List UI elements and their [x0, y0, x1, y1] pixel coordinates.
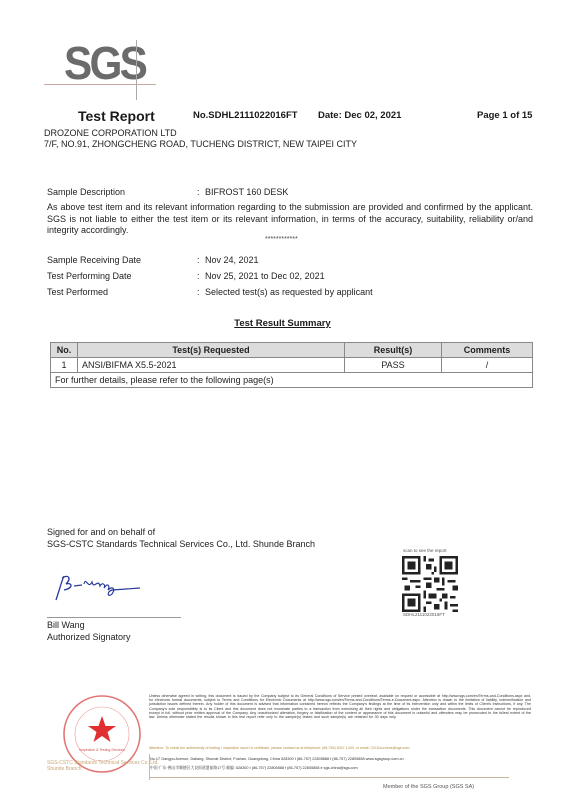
logo-rule: [44, 84, 156, 85]
report-number: No.SDHL2111022016FT: [193, 110, 298, 121]
stamp-caption-branch: Shunde Branch: [47, 766, 159, 772]
signed-for-text: Signed for and on behalf of: [47, 526, 315, 538]
column-header-result: Result(s): [345, 343, 442, 358]
cell-test: ANSI/BIFMA X5.5-2021: [78, 358, 345, 373]
receiving-date-row: Sample Receiving Date : Nov 24, 2021: [47, 255, 537, 267]
svg-text:Inspection & Testing Services: Inspection & Testing Services: [79, 748, 125, 752]
signed-for-block: Signed for and on behalf of SGS-CSTC Sta…: [47, 526, 315, 550]
table-row: 1 ANSI/BIFMA X5.5-2021 PASS /: [51, 358, 533, 373]
signing-company: SGS-CSTC Standards Technical Services Co…: [47, 538, 315, 550]
footer-address-cn: 中国·广东·佛山市顺德区大良街道港前路17号 邮编: 528300 t (86-…: [150, 766, 358, 771]
sample-description-value: BIFROST 160 DESK: [205, 187, 288, 197]
logo-text: SGS: [64, 36, 145, 90]
authenticity-note: Attention: To check the authenticity of …: [149, 746, 531, 750]
report-date: Date: Dec 02, 2021: [318, 110, 401, 121]
logo-rule-vertical: [136, 40, 137, 100]
qr-code-icon[interactable]: [402, 556, 458, 612]
test-performed-row: Test Performed : Selected test(s) as req…: [47, 287, 537, 299]
colon: :: [197, 287, 200, 297]
sample-description-label: Sample Description: [47, 187, 125, 197]
qr-report-id: SDHL2111022016FT: [403, 612, 445, 617]
colon: :: [197, 271, 200, 281]
table-footer-note: For further details, please refer to the…: [51, 373, 533, 388]
column-header-comments: Comments: [442, 343, 533, 358]
qr-caption: scan to see the report: [403, 548, 447, 553]
footer-address-en: No.17 Gangpu Avenue, Daliang, Shunde Dis…: [150, 757, 404, 761]
receiving-date-label: Sample Receiving Date: [47, 255, 141, 265]
sample-description-row: Sample Description : BIFROST 160 DESK: [47, 187, 537, 199]
page-indicator: Page 1 of 15: [477, 110, 532, 121]
performing-date-value: Nov 25, 2021 to Dec 02, 2021: [205, 271, 325, 281]
column-header-test: Test(s) Requested: [78, 343, 345, 358]
summary-title: Test Result Summary: [0, 318, 565, 329]
table-footer-row: For further details, please refer to the…: [51, 373, 533, 388]
colon: :: [197, 187, 200, 197]
column-header-no: No.: [51, 343, 78, 358]
terms-fine-print: Unless otherwise agreed in writing, this…: [149, 694, 531, 719]
receiving-date-value: Nov 24, 2021: [205, 255, 259, 265]
footer-divider: [149, 777, 509, 778]
client-address: 7/F, NO.91, ZHONGCHENG ROAD, TUCHENG DIS…: [44, 139, 357, 150]
test-performed-label: Test Performed: [47, 287, 108, 297]
disclaimer-text: As above test item and its relevant info…: [47, 202, 533, 237]
test-performed-value: Selected test(s) as requested by applica…: [205, 287, 373, 297]
client-name: DROZONE CORPORATION LTD: [44, 128, 357, 139]
performing-date-row: Test Performing Date : Nov 25, 2021 to D…: [47, 271, 537, 283]
cell-result: PASS: [345, 358, 442, 373]
signatory-name: Bill Wang: [47, 619, 131, 631]
cell-no: 1: [51, 358, 78, 373]
performing-date-label: Test Performing Date: [47, 271, 132, 281]
signature-line: [47, 617, 181, 618]
signatory-block: Bill Wang Authorized Signatory: [47, 619, 131, 643]
handwritten-signature: [52, 568, 142, 608]
stamp-caption: SGS-CSTC Standards Technical Services Co…: [47, 760, 159, 772]
colon: :: [197, 255, 200, 265]
sgs-logo: SGS: [44, 32, 156, 98]
signatory-title: Authorized Signatory: [47, 631, 131, 643]
client-block: DROZONE CORPORATION LTD 7/F, NO.91, ZHON…: [44, 128, 357, 150]
separator: ************: [265, 236, 298, 243]
cell-comments: /: [442, 358, 533, 373]
result-summary-table: No. Test(s) Requested Result(s) Comments…: [50, 342, 533, 388]
member-notice: Member of the SGS Group (SGS SA): [383, 784, 474, 790]
table-header-row: No. Test(s) Requested Result(s) Comments: [51, 343, 533, 358]
document-title: Test Report: [78, 108, 155, 124]
